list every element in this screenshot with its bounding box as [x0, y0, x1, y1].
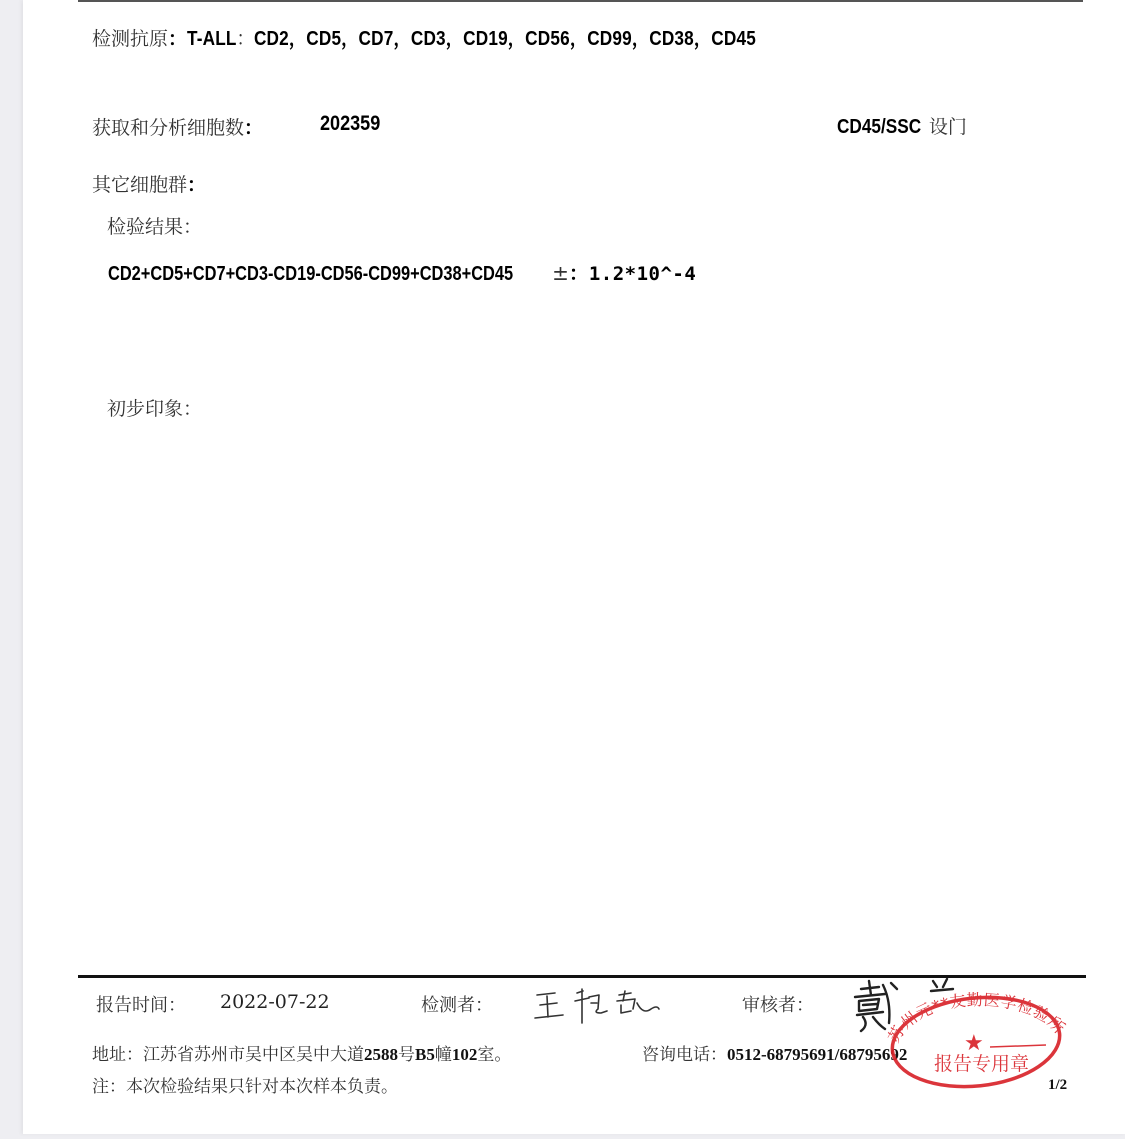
address: 地址：江苏省苏州市吴中区吴中大道2588号B5幢102室。 [92, 1040, 511, 1065]
top-divider [78, 0, 1083, 2]
antigen-label: 检测抗原 [92, 28, 168, 50]
result-plus-minus: ± [552, 261, 569, 285]
result-label: 检验结果： [107, 212, 202, 239]
result-frequency: 1.2*10^-4 [589, 263, 696, 285]
reviewer-label: 审核者： [742, 991, 814, 1017]
other-population-label: 其它细胞群： [92, 170, 206, 197]
stamp-purpose: 报告专用章 [934, 1053, 1029, 1075]
disclaimer-note: 注：本次检验结果只针对本次样本负责。 [92, 1072, 398, 1097]
gating-strategy: CD45/SSC设门 [837, 112, 967, 139]
impression-label: 初步印象： [107, 394, 202, 421]
phone-label: 咨询电话： [642, 1045, 727, 1065]
report-time-value: 2022-07-22 [220, 991, 330, 1013]
report-time-label: 报告时间： [96, 991, 186, 1017]
cell-count-value: 202359 [320, 112, 380, 136]
antigen-row: 检测抗原：T-ALL：CD2，CD5，CD7，CD3，CD19，CD56，CD9… [92, 22, 849, 51]
cell-count-label: 获取和分析细胞数： [92, 113, 263, 140]
tester-signature [527, 985, 667, 1025]
report-page: 检测抗原：T-ALL：CD2，CD5，CD7，CD3，CD19，CD56，CD9… [23, 0, 1125, 1134]
gating-suffix: 设门 [929, 116, 967, 138]
antigen-label-colon: ： [168, 28, 187, 50]
result-value: CD2+CD5+CD7+CD3-CD19-CD56-CD99+CD38+CD45… [108, 257, 696, 286]
consultation-phone: 咨询电话：0512-68795691/68795692 [642, 1040, 907, 1065]
result-phenotype: CD2+CD5+CD7+CD3-CD19-CD56-CD99+CD38+CD45 [108, 263, 513, 286]
tester-label: 检测者： [421, 991, 493, 1017]
official-seal-stamp: 苏州元**友勤医学检验所 ★ 报告专用章 [876, 990, 1076, 1090]
result-colon: ： [569, 261, 589, 285]
gating-markers: CD45/SSC [837, 116, 921, 139]
antigen-panel: T-ALL：CD2，CD5，CD7，CD3，CD19，CD56，CD99，CD3… [187, 22, 756, 51]
antigen-list: CD2，CD5，CD7，CD3，CD19，CD56，CD99，CD38，CD45 [254, 28, 756, 50]
